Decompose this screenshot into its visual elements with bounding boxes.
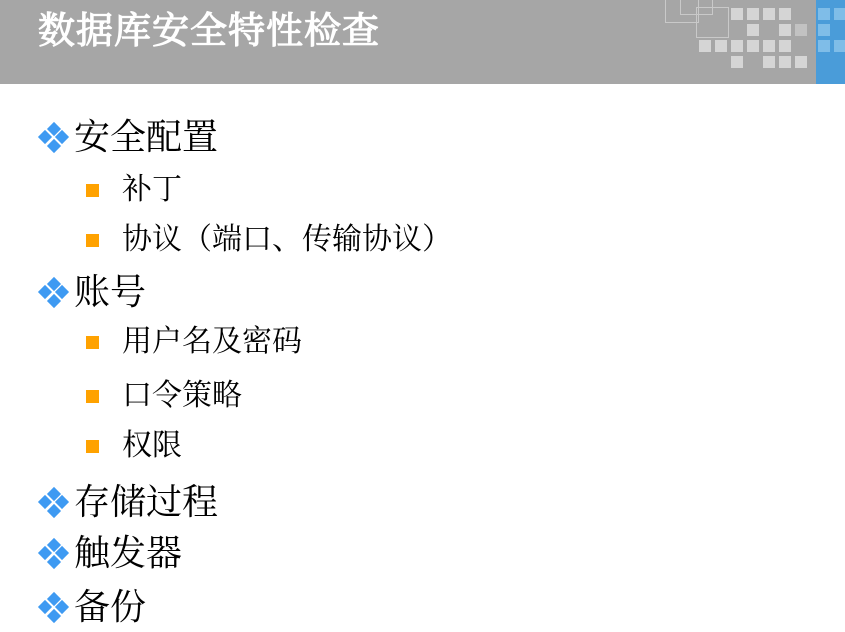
accent-bar xyxy=(816,0,845,84)
square-bullet-icon xyxy=(86,234,99,247)
list-item-label: 补丁 xyxy=(122,173,182,208)
deco-square xyxy=(763,56,775,68)
deco-square-blue xyxy=(818,8,830,20)
deco-square-blue xyxy=(834,8,845,20)
deco-square-blue xyxy=(818,24,830,36)
list-item-label: 触发器 xyxy=(74,532,182,573)
list-item: 协议（端口、传输协议） xyxy=(0,223,452,257)
deco-square xyxy=(747,8,759,20)
diamond-bullet-icon xyxy=(40,540,67,567)
deco-square xyxy=(715,40,727,52)
list-item: 用户名及密码 xyxy=(0,325,302,359)
square-bullet-icon xyxy=(86,336,99,349)
deco-square xyxy=(731,56,743,68)
deco-square xyxy=(731,8,743,20)
diamond-bullet-icon xyxy=(40,489,67,516)
diamond-bullet-icon xyxy=(40,124,67,151)
deco-square xyxy=(763,8,775,20)
list-item: 口令策略 xyxy=(0,379,242,413)
deco-square xyxy=(763,40,775,52)
deco-square xyxy=(699,40,711,52)
square-bullet-icon xyxy=(86,390,99,403)
list-item-label: 用户名及密码 xyxy=(122,325,302,360)
list-item: 触发器 xyxy=(0,532,182,574)
list-item: 账号 xyxy=(0,271,146,313)
deco-square xyxy=(795,56,807,68)
list-item-label: 口令策略 xyxy=(122,379,242,414)
deco-square-blue xyxy=(834,40,845,52)
deco-square xyxy=(779,8,791,20)
deco-square xyxy=(779,56,791,68)
slide-header: 数据库安全特性检查 xyxy=(0,0,845,84)
page-title: 数据库安全特性检查 xyxy=(38,9,380,53)
deco-square xyxy=(731,40,743,52)
list-item-label: 权限 xyxy=(122,429,182,464)
deco-square-blue xyxy=(818,40,830,52)
list-item: 安全配置 xyxy=(0,116,218,158)
deco-outline-square xyxy=(696,7,729,38)
list-item-label: 安全配置 xyxy=(74,116,218,157)
list-item-label: 存储过程 xyxy=(74,481,218,522)
deco-square xyxy=(779,40,791,52)
list-item: 权限 xyxy=(0,429,182,463)
deco-square xyxy=(747,24,759,36)
square-bullet-icon xyxy=(86,440,99,453)
list-item: 备份 xyxy=(0,586,146,628)
list-item-label: 账号 xyxy=(74,271,146,312)
diamond-bullet-icon xyxy=(40,594,67,621)
deco-square xyxy=(747,40,759,52)
list-item: 存储过程 xyxy=(0,481,218,523)
list-item-label: 协议（端口、传输协议） xyxy=(122,223,452,258)
square-bullet-icon xyxy=(86,184,99,197)
deco-square xyxy=(795,24,807,36)
deco-square xyxy=(779,24,791,36)
list-item: 补丁 xyxy=(0,173,182,207)
diamond-bullet-icon xyxy=(40,279,67,306)
list-item-label: 备份 xyxy=(74,586,146,627)
